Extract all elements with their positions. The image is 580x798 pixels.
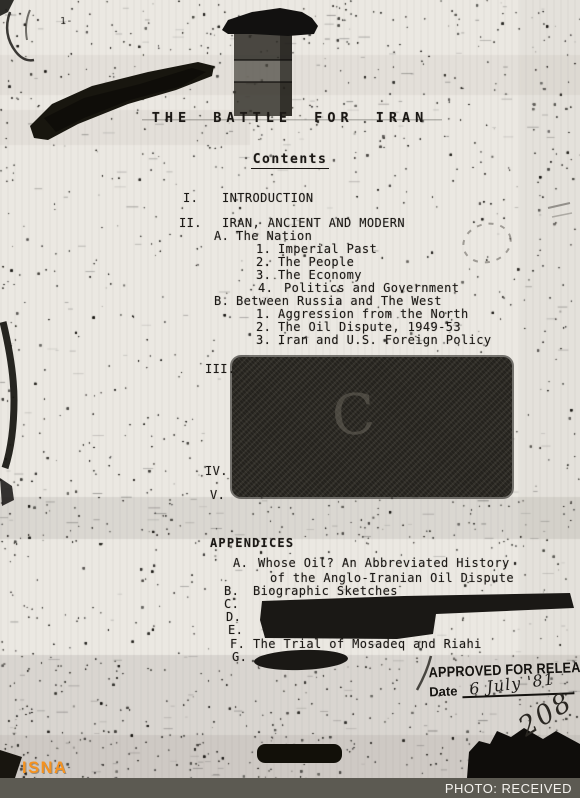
toc-row-aggression-north: 1.Aggression from the North <box>256 307 469 321</box>
appendix-row-f: F.The Trial of Mosadeq and Riahi <box>230 637 482 651</box>
toc-label: The Nation <box>236 229 312 243</box>
redaction-block-sections-iii-v: C <box>232 357 512 497</box>
toc-num: 3. <box>256 268 278 282</box>
toc-label: The Oil Dispute, 1949-53 <box>278 320 461 334</box>
left-margin-blot <box>0 478 14 506</box>
toc-num: A. <box>214 229 236 243</box>
toc-label: Aggression from the North <box>278 307 469 321</box>
toc-label: Between Russia and The West <box>236 294 442 308</box>
toc-label: Imperial Past <box>278 242 377 256</box>
stamp-date-label: Date <box>429 683 458 699</box>
appendices-heading: APPENDICES <box>210 536 294 550</box>
toc-row-the-people: 2.The People <box>256 255 354 269</box>
toc-label: Politics and Government <box>284 281 459 295</box>
appendix-label: Whose Oil? An Abbreviated History <box>258 556 510 570</box>
appendix-row-e: E. <box>228 623 243 637</box>
ink-blot-bottom-right <box>467 728 580 778</box>
appendix-row-g: G. <box>232 650 247 664</box>
pen-circle-scribble <box>459 218 515 267</box>
toc-row-us-foreign-policy: 3.Iran and U.S. Foreign Policy <box>256 333 492 347</box>
appendix-label: Biographic Sketches <box>253 584 398 598</box>
margin-dash-1 <box>548 203 570 208</box>
corner-blot <box>0 0 14 16</box>
toc-row-between-russia-west: B.Between Russia and The West <box>214 294 442 308</box>
toc-num: 3. <box>256 333 278 347</box>
toc-num: II. <box>179 216 222 230</box>
contents-heading-label: Contents <box>251 152 330 169</box>
toc-label: IRAN, ANCIENT AND MODERN <box>222 216 405 230</box>
redaction-visible-letter: C <box>330 382 377 450</box>
redaction-oval-appendix-g <box>254 648 349 671</box>
toc-row-the-nation: A.The Nation <box>214 229 312 243</box>
pen-curve-left-margin <box>3 322 14 468</box>
pen-curve-top-left <box>7 12 34 60</box>
toc-num: 2. <box>256 255 278 269</box>
toc-label: INTRODUCTION <box>222 191 314 205</box>
toc-label: Iran and U.S. Foreign Policy <box>278 333 492 347</box>
toc-num: I. <box>183 191 222 205</box>
toc-row-politics-government: 4.Politics and Government <box>258 281 459 295</box>
appendix-row-c: C. <box>224 597 239 611</box>
appendix-num: F. <box>230 637 253 651</box>
toc-num: 4. <box>258 281 284 295</box>
section-label-iv: IV. <box>205 464 228 478</box>
appendix-row-a-line2: of the Anglo-Iranian Oil Dispute <box>270 571 514 585</box>
scanned-document-page: 1- THE BATTLE FOR IRAN Contents I.INTROD… <box>0 0 580 798</box>
toc-num: B. <box>214 294 236 308</box>
margin-dash-2 <box>552 213 572 217</box>
handwritten-corner-mark: 1- <box>60 16 73 27</box>
appendix-num: B. <box>224 584 253 598</box>
footer-corner-triangle <box>0 750 22 778</box>
appendix-label: The Trial of Mosadeq and Riahi <box>253 637 482 651</box>
appendix-row-b: B.Biographic Sketches <box>224 584 398 598</box>
stamp-column-graphic <box>222 8 318 116</box>
toc-row-the-economy: 3.The Economy <box>256 268 362 282</box>
appendix-num: D. <box>226 610 241 624</box>
toc-label: The Economy <box>278 268 362 282</box>
appendix-num: C. <box>224 597 239 611</box>
toc-num: 1. <box>256 307 278 321</box>
appendix-row-d: D. <box>226 610 241 624</box>
toc-label: The People <box>278 255 354 269</box>
redaction-blot-bottom <box>257 744 342 763</box>
toc-row-iran-ancient-modern: II.IRAN, ANCIENT AND MODERN <box>179 216 405 230</box>
section-label-iii: III. <box>205 362 236 376</box>
agency-logo: ISNA <box>22 759 67 778</box>
photo-credit: PHOTO: RECEIVED <box>445 781 580 796</box>
toc-num: 1. <box>256 242 278 256</box>
toc-num: 2. <box>256 320 278 334</box>
document-title: THE BATTLE FOR IRAN <box>0 110 580 126</box>
contents-heading: Contents <box>0 152 580 167</box>
toc-row-oil-dispute: 2.The Oil Dispute, 1949-53 <box>256 320 461 334</box>
pen-curve-top-left-2 <box>26 10 30 40</box>
toc-row-imperial-past: 1.Imperial Past <box>256 242 377 256</box>
section-label-v: V. <box>210 488 225 502</box>
footer-bar: PHOTO: RECEIVED <box>0 778 580 798</box>
toc-row-introduction: I.INTRODUCTION <box>183 191 314 205</box>
appendix-row-a: A.Whose Oil? An Abbreviated History <box>233 556 510 570</box>
appendix-num: A. <box>233 556 258 570</box>
appendix-num: G. <box>232 650 247 664</box>
appendix-num: E. <box>228 623 243 637</box>
redaction-bar-appendices <box>260 593 574 639</box>
